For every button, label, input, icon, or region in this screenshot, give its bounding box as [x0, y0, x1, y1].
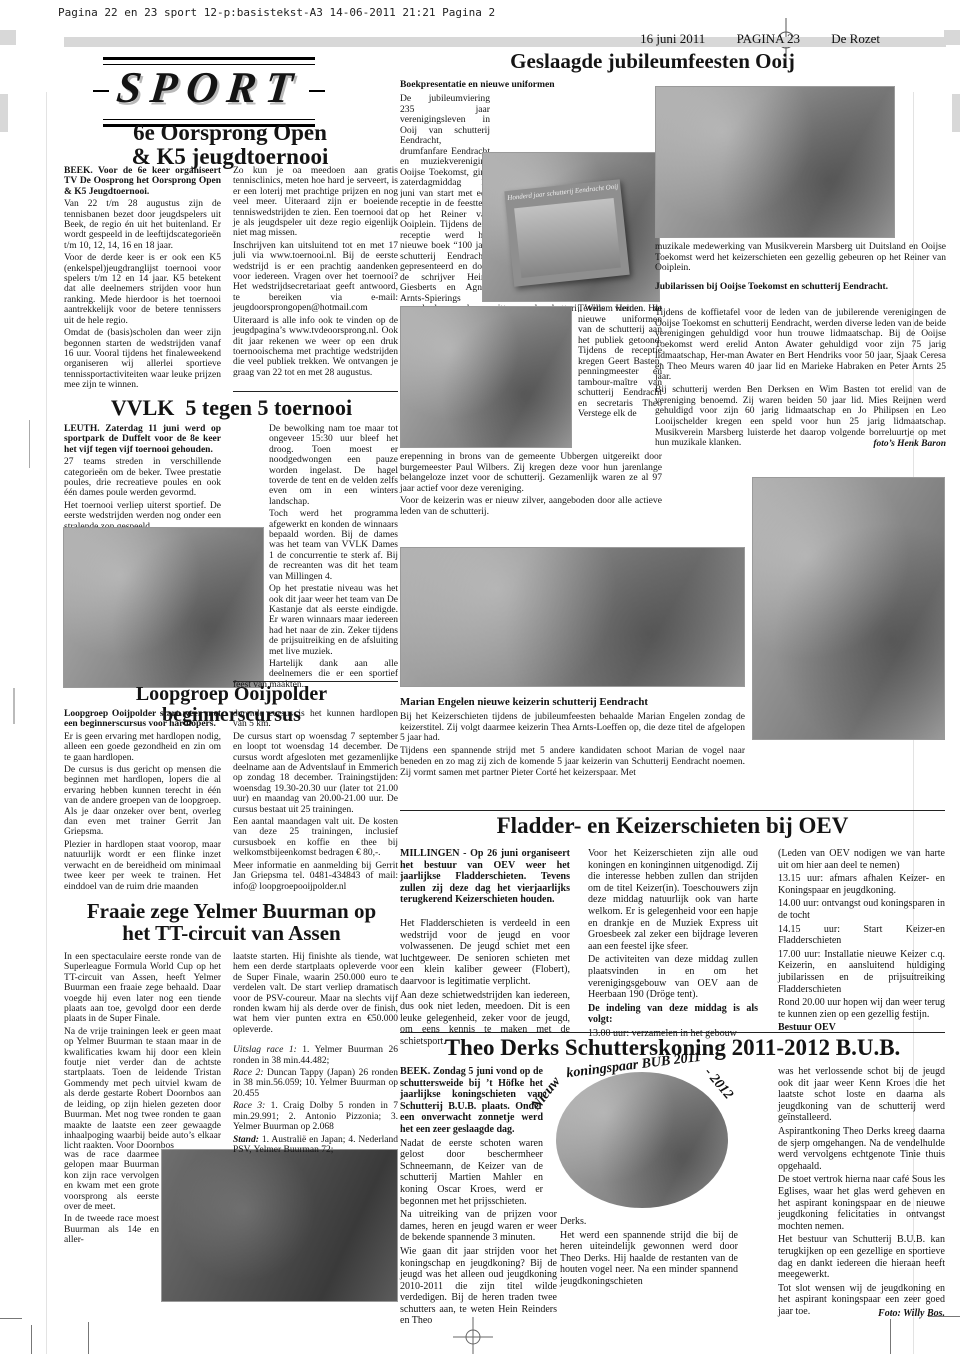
result-label: Uitslag race 1: — [233, 1045, 297, 1055]
paragraph: Derks. — [560, 1216, 738, 1228]
paragraph: Een aantal maandagen valt uit. De kosten… — [233, 817, 398, 859]
paragraph: muzikale medewerking van Musikverein Mar… — [655, 242, 946, 274]
paragraph: Tijdens een spannende strijd met 5 ander… — [400, 746, 745, 778]
print-mark — [0, 94, 8, 132]
paragraph: Het bestuur van Schutterij B.U.B. kan te… — [778, 1234, 945, 1280]
print-mark — [13, 688, 15, 724]
book-cover-photo — [514, 198, 621, 278]
schedule-item: 14.00 uur: ontvangst oud koningsparen in… — [778, 898, 945, 921]
crop-mark — [31, 1325, 32, 1354]
article-title-oorsprong: 6e Oorsprong Open & K5 jeugdtoernooi — [70, 121, 390, 170]
photo-race-car — [161, 1149, 398, 1302]
loopgroep-column-2: durende cursus is het kunnen hardlopen v… — [233, 709, 398, 894]
yelmer-column-2: laatste starten. Hij finishte als tiende… — [233, 952, 398, 1157]
logo-dash — [93, 90, 109, 92]
photo-new-uniforms — [400, 306, 572, 448]
result-label: Race 2: — [233, 1068, 263, 1078]
paragraph: De bewolking nam toe maar tot ongeveer 1… — [233, 424, 398, 507]
yelmer-column-1-narrow: was de race daarmee gelopen maar Buurman… — [64, 1150, 159, 1248]
jubilarissen-body: Tijdens de koffietafel voor de leden van… — [655, 308, 946, 450]
paragraph: Inschrijven kan uitsluitend tot en met 1… — [233, 241, 398, 314]
paragraph: laatste starten. Hij finishte als tiende… — [233, 952, 398, 1035]
section-divider — [400, 1032, 945, 1033]
article-lead: BEEK. Voor de 6e keer organiseert TV De … — [64, 166, 221, 197]
masthead-page-number: PAGINA 23 — [737, 31, 800, 46]
erepenning-block: erepenning in brons van de gemeente Ubbe… — [400, 452, 662, 519]
theoderks-column-2: Derks. Het werd een spannende strijd die… — [560, 1216, 738, 1290]
schedule-item: 13.15 uur: afmars afhalen Keizer- en Kon… — [778, 873, 945, 896]
article-lead: Loopgroep Ooijpolder start weer met een … — [64, 709, 221, 730]
paragraph: Meer informatie en aanmelding bij Gerrit… — [233, 861, 398, 892]
article-lead: LEUTH. Zaterdag 11 juni werd op sportpar… — [64, 424, 221, 455]
paragraph: erepenning in brons van de gemeente Ubbe… — [400, 452, 662, 494]
sport-section-logo: SPORT — [103, 57, 315, 127]
jubileum-right-top-text: muzikale medewerking van Musikverein Mar… — [655, 242, 946, 276]
photo-koningspaar-oval — [556, 1072, 728, 1208]
paragraph: Omdat de (basis)scholen dan weer zijn be… — [64, 328, 221, 390]
paragraph: Nadat de eerste schoten waren gelost doo… — [400, 1138, 557, 1208]
logo-dash — [309, 90, 325, 92]
theoderks-column-3: was het verlossende schot bij de jeugd o… — [778, 1066, 945, 1319]
result-label: Race 3: — [233, 1101, 265, 1111]
paragraph: Wie gaan dit jaar strijden voor het koni… — [400, 1246, 557, 1327]
paragraph: Tijdens de koffietafel voor de leden van… — [655, 308, 946, 383]
fladder-column-3: (Leden van OEV nodigen we van harte uit … — [778, 848, 945, 1036]
crop-mark — [88, 1322, 89, 1354]
paragraph: was de race daarmee gelopen maar Buurman… — [64, 1150, 159, 1212]
paragraph: Voor de derde keer is er ook een K5 (enk… — [64, 253, 221, 326]
masthead-paper-name: De Rozet — [831, 31, 880, 46]
crop-mark — [928, 1316, 960, 1317]
crop-mark — [890, 1319, 891, 1354]
article-divider — [233, 681, 398, 682]
title-line: 6e Oorsprong Open — [70, 121, 390, 145]
paragraph: Er is geen ervaring met hardlopen nodig,… — [64, 732, 221, 763]
article-title-yelmer: Fraaie zege Yelmer Buurman op het TT-cir… — [65, 900, 398, 945]
book-cover: Honderd jaar schutterij Eendracht Ooij — [504, 179, 629, 287]
boekpresentatie-heading: Boekpresentatie en nieuwe uniformen — [400, 80, 662, 91]
result-label: Stand: — [233, 1135, 259, 1145]
marian-heading: Marian Engelen nieuwe keizerin schutteri… — [400, 697, 745, 708]
paragraph: 27 teams streden in verschillende catego… — [64, 457, 221, 499]
newspaper-page: Pagina 22 en 23 sport 12-p:basistekst-A3… — [0, 0, 960, 1354]
print-mark — [952, 94, 960, 132]
article-title-jubileum: Geslaagde jubileumfeesten Ooij — [400, 50, 905, 72]
paragraph: In de tweede race moest Buurman als 14e … — [64, 1214, 159, 1245]
photo-keizerin-ceremony — [655, 86, 895, 238]
paragraph: Voor de keizerin was er nieuw zilver, aa… — [400, 496, 662, 517]
jubilarissen-heading: Jubilarissen bij Ooijse Toekomst en schu… — [655, 282, 946, 293]
text-wrap-spacer — [233, 526, 269, 678]
paragraph: was het verlossende schot bij de jeugd o… — [778, 1066, 945, 1124]
masthead: 16 juni 2011 PAGINA 23 De Rozet — [480, 31, 880, 47]
fladder-column-1: MILLINGEN - Op 26 juni organiseert het b… — [400, 848, 570, 1050]
article-title-fladder: Fladder- en Keizerschieten bij OEV — [400, 814, 945, 838]
vvlk-column-2: De bewolking nam toe maar tot ongeveer 1… — [233, 424, 398, 690]
loopgroep-column-1: Loopgroep Ooijpolder start weer met een … — [64, 709, 221, 894]
uniforms-narrow-column: Tevens werden de nieuwe uniformen van de… — [578, 304, 662, 422]
schedule-item: 17.00 uur: Installatie nieuwe Keizer c.q… — [778, 949, 945, 995]
paragraph: Van 22 t/m 28 augustus zijn de tennisban… — [64, 199, 221, 251]
paragraph: durende cursus is het kunnen hardlopen v… — [233, 709, 398, 730]
paragraph: Bij het Keizerschieten tijdens de jubile… — [400, 712, 745, 744]
paragraph: Aspirantkoning Theo Derks kreeg daarna d… — [778, 1126, 945, 1172]
print-slug-line: Pagina 22 en 23 sport 12-p:basistekst-A3… — [58, 6, 495, 19]
page-edge-line — [46, 92, 47, 1354]
paragraph: In een spectaculaire eerste ronde van de… — [64, 952, 221, 1025]
paragraph: Het Fladderschieten is verdeeld in een w… — [400, 918, 570, 988]
paragraph: Voor het Keizerschieten zijn alle oud ko… — [588, 848, 758, 952]
sport-logo-text: SPORT — [114, 60, 304, 116]
paragraph: Het werd een spannende strijd die bij de… — [560, 1230, 738, 1288]
paragraph: De stoet vertrok hierna naar café Sous l… — [778, 1174, 945, 1232]
vvlk-column-1: LEUTH. Zaterdag 11 juni werd op sportpar… — [64, 424, 221, 534]
paragraph: Zo kun je oa meedoen aan gratis tenniscl… — [233, 166, 398, 239]
section-divider — [400, 810, 945, 811]
paragraph: De cursus is dus gericht op mensen die b… — [64, 765, 221, 838]
schedule-item: 14.15 uur: Start Keizer-en Fladderschiet… — [778, 924, 945, 947]
paragraph: De cursus start op woensdag 7 september … — [233, 732, 398, 815]
article-lead: MILLINGEN - Op 26 juni organiseert het b… — [400, 848, 570, 906]
paragraph: De activiteiten van deze middag zullen p… — [588, 954, 758, 1000]
oorsprong-column-1: BEEK. Voor de 6e keer organiseert TV De … — [64, 166, 221, 393]
print-mark — [944, 30, 960, 45]
schedule-item: (Leden van OEV nodigen we van harte uit … — [778, 848, 945, 871]
marian-body: Bij het Keizerschieten tijdens de jubile… — [400, 712, 745, 780]
paragraph: Plezier in hardlopen staat voorop, maar … — [64, 840, 221, 892]
paragraph: Na de vrije trainingen leek er geen maat… — [64, 1027, 221, 1152]
photo-book-presentation: Honderd jaar schutterij Eendracht Ooij — [482, 152, 660, 302]
article-divider — [233, 391, 398, 392]
paragraph: Tevens werden de nieuwe uniformen van de… — [578, 304, 662, 420]
oorsprong-column-2: Zo kun je oa meedoen aan gratis tenniscl… — [233, 166, 398, 380]
print-mark — [0, 30, 16, 45]
print-mark — [29, 420, 30, 468]
registration-mark-bottom-icon — [453, 1317, 493, 1354]
photo-keizerin-flowers — [752, 477, 945, 740]
paragraph: Na uitreiking van de prijzen voor dames,… — [400, 1209, 557, 1244]
crop-mark — [0, 1318, 22, 1319]
masthead-date: 16 juni 2011 — [640, 31, 705, 46]
paragraph: Uiteraard is alle info ook te vinden op … — [233, 316, 398, 378]
article-title-vvlk: VVLK 5 tegen 5 toernooi — [65, 396, 398, 419]
title-line: het TT-circuit van Assen — [65, 922, 398, 944]
fladder-column-2: Voor het Keizerschieten zijn alle oud ko… — [588, 848, 758, 1042]
schedule-heading: De indeling van deze middag is als volgt… — [588, 1003, 758, 1026]
yelmer-column-1: In een spectaculaire eerste ronde van de… — [64, 952, 221, 1154]
title-line: Fraaie zege Yelmer Buurman op — [65, 900, 398, 922]
photo-marian-keizerschieten — [400, 547, 745, 687]
paragraph: Rond 20.00 uur hopen wij dan weer terug … — [778, 997, 945, 1020]
